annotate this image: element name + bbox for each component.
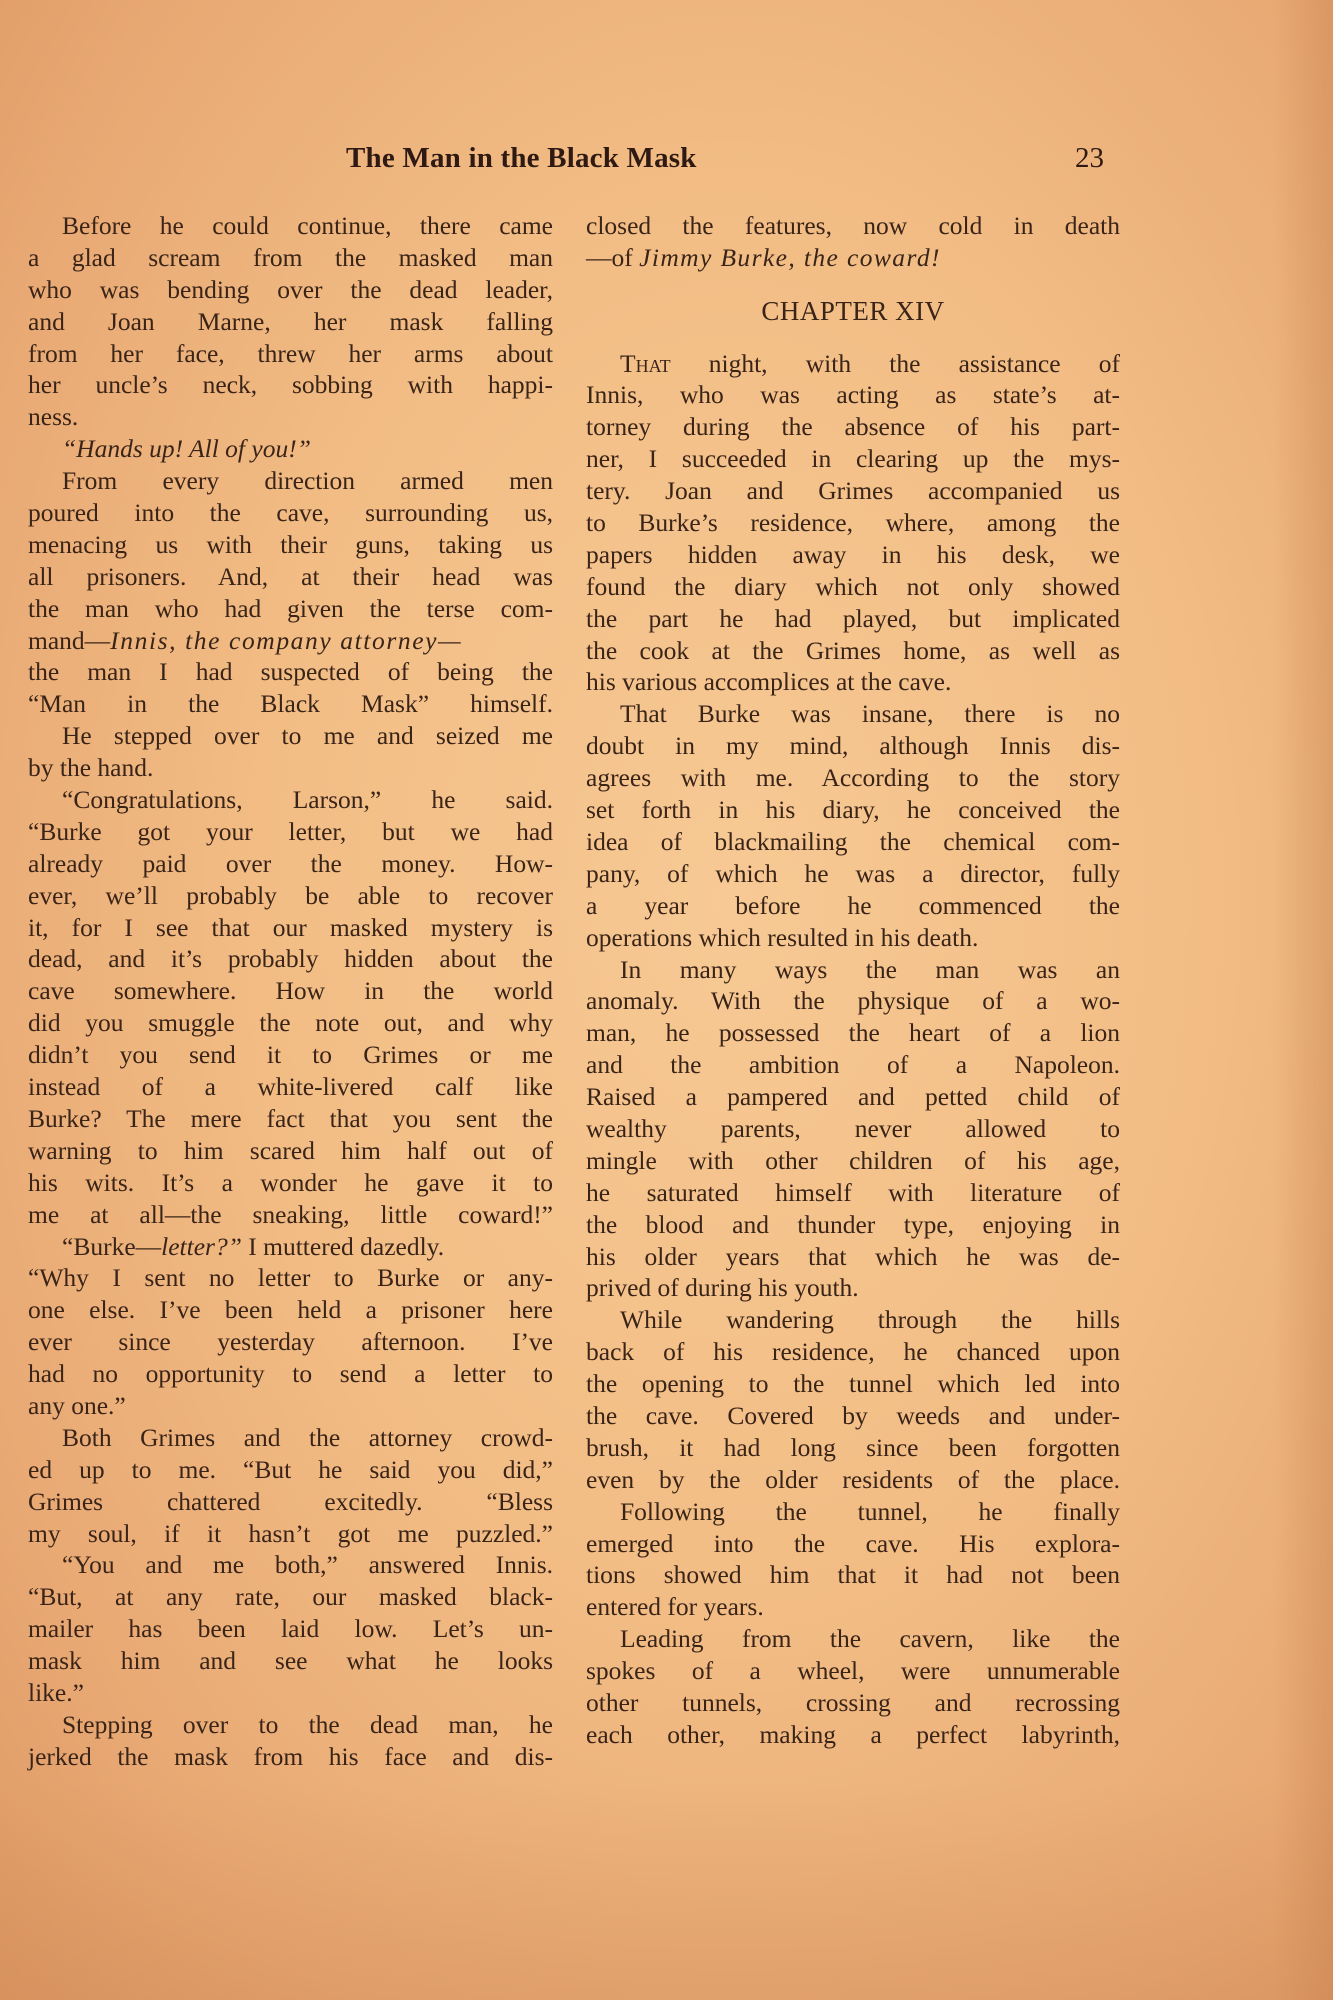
text-line: like.” bbox=[28, 1677, 553, 1709]
text-line: doubt in my mind, although Innis dis- bbox=[586, 730, 1120, 762]
text-line: any one.” bbox=[28, 1390, 553, 1422]
text-line: man, he possessed the heart of a lion bbox=[586, 1017, 1120, 1049]
text-line: He stepped over to me and seized me bbox=[28, 720, 553, 752]
text-line: tions showed him that it had not been bbox=[586, 1559, 1120, 1591]
text-line: even by the older residents of the place… bbox=[586, 1464, 1120, 1496]
text-line: one else. I’ve been held a prisoner here bbox=[28, 1294, 553, 1326]
text-run: mand— bbox=[28, 626, 110, 655]
text-line: the opening to the tunnel which led into bbox=[586, 1368, 1120, 1400]
text-line: —of Jimmy Burke, the coward! bbox=[586, 242, 1120, 274]
text-line: the blood and thunder type, enjoying in bbox=[586, 1209, 1120, 1241]
italic-run: letter?” bbox=[161, 1232, 242, 1261]
text-line: didn’t you send it to Grimes or me bbox=[28, 1039, 553, 1071]
text-line: mingle with other children of his age, bbox=[586, 1145, 1120, 1177]
text-line: instead of a white-livered calf like bbox=[28, 1071, 553, 1103]
text-line: spokes of a wheel, were unnumerable bbox=[586, 1655, 1120, 1687]
text-line: the part he had played, but implicated bbox=[586, 603, 1120, 635]
text-line: back of his residence, he chanced upon bbox=[586, 1336, 1120, 1368]
text-line: prived of during his youth. bbox=[586, 1272, 1120, 1304]
text-line: torney during the absence of his part- bbox=[586, 411, 1120, 443]
text-line: each other, making a perfect labyrinth, bbox=[586, 1719, 1120, 1751]
text-line: In many ways the man was an bbox=[586, 954, 1120, 986]
text-line: did you smuggle the note out, and why bbox=[28, 1007, 553, 1039]
italic-run: Innis, the company attorney— bbox=[110, 626, 462, 655]
text-line: That night, with the assistance of bbox=[586, 348, 1120, 380]
text-line: Following the tunnel, he finally bbox=[586, 1496, 1120, 1528]
text-line: papers hidden away in his desk, we bbox=[586, 539, 1120, 571]
text-line: and Joan Marne, her mask falling bbox=[28, 306, 553, 338]
text-line: cave somewhere. How in the world bbox=[28, 975, 553, 1007]
text-line: from her face, threw her arms about bbox=[28, 338, 553, 370]
text-line: and the ambition of a Napoleon. bbox=[586, 1049, 1120, 1081]
text-run: “Burke— bbox=[62, 1232, 161, 1261]
text-line: the man who had given the terse com- bbox=[28, 593, 553, 625]
text-run: —of bbox=[586, 243, 639, 272]
page-edge-shadow-bottom bbox=[0, 1780, 1333, 2000]
text-line: jerked the mask from his face and dis- bbox=[28, 1741, 553, 1773]
text-run: night, with the assistance of bbox=[671, 349, 1120, 378]
text-line: who was bending over the dead leader, bbox=[28, 274, 553, 306]
text-line: “You and me both,” answered Innis. bbox=[28, 1549, 553, 1581]
right-column: closed the features, now cold in death —… bbox=[586, 210, 1120, 1751]
text-line: Leading from the cavern, like the bbox=[586, 1623, 1120, 1655]
text-line: Stepping over to the dead man, he bbox=[28, 1709, 553, 1741]
text-line: “Hands up! All of you!” bbox=[28, 433, 553, 465]
text-line: he saturated himself with literature of bbox=[586, 1177, 1120, 1209]
text-line: had no opportunity to send a letter to bbox=[28, 1358, 553, 1390]
text-line: found the diary which not only showed bbox=[586, 571, 1120, 603]
text-line: ed up to me. “But he said you did,” bbox=[28, 1454, 553, 1486]
text-line: mask him and see what he looks bbox=[28, 1645, 553, 1677]
text-line: From every direction armed men bbox=[28, 465, 553, 497]
page-edge-shadow-right bbox=[1273, 0, 1333, 2000]
text-line: me at all—the sneaking, little coward!” bbox=[28, 1199, 553, 1231]
text-line: brush, it had long since been forgotten bbox=[586, 1432, 1120, 1464]
text-line: ner, I succeeded in clearing up the mys- bbox=[586, 443, 1120, 475]
text-line: Grimes chattered excitedly. “Bless bbox=[28, 1486, 553, 1518]
text-line: anomaly. With the physique of a wo- bbox=[586, 985, 1120, 1017]
text-line: “But, at any rate, our masked black- bbox=[28, 1581, 553, 1613]
text-line: by the hand. bbox=[28, 752, 553, 784]
text-line: it, for I see that our masked mystery is bbox=[28, 912, 553, 944]
page-number: 23 bbox=[1075, 142, 1104, 175]
text-line: idea of blackmailing the chemical com- bbox=[586, 826, 1120, 858]
text-line: the man I had suspected of being the bbox=[28, 656, 553, 688]
text-line: “Burke—letter?” I muttered dazedly. bbox=[28, 1231, 553, 1263]
text-line: his various accomplices at the cave. bbox=[586, 666, 1120, 698]
text-line: the cook at the Grimes home, as well as bbox=[586, 635, 1120, 667]
text-line: “Man in the Black Mask” himself. bbox=[28, 688, 553, 720]
text-line: emerged into the cave. His explora- bbox=[586, 1528, 1120, 1560]
text-line: tery. Joan and Grimes accompanied us bbox=[586, 475, 1120, 507]
text-line: While wandering through the hills bbox=[586, 1304, 1120, 1336]
text-line: ever since yesterday afternoon. I’ve bbox=[28, 1326, 553, 1358]
text-line: the cave. Covered by weeds and under- bbox=[586, 1400, 1120, 1432]
text-line: already paid over the money. How- bbox=[28, 848, 553, 880]
text-line: my soul, if it hasn’t got me puzzled.” bbox=[28, 1518, 553, 1550]
text-line: “Burke got your letter, but we had bbox=[28, 816, 553, 848]
text-line: closed the features, now cold in death bbox=[586, 210, 1120, 242]
text-line: set forth in his diary, he conceived the bbox=[586, 794, 1120, 826]
text-line: mailer has been laid low. Let’s un- bbox=[28, 1613, 553, 1645]
text-line: all prisoners. And, at their head was bbox=[28, 561, 553, 593]
smallcaps-run: That bbox=[620, 349, 671, 378]
running-head: The Man in the Black Mask 23 bbox=[0, 142, 1333, 182]
left-column: Before he could continue, there came a g… bbox=[28, 210, 553, 1773]
text-line: entered for years. bbox=[586, 1591, 1120, 1623]
text-run: I muttered dazedly. bbox=[242, 1232, 444, 1261]
text-line: wealthy parents, never allowed to bbox=[586, 1113, 1120, 1145]
running-title: The Man in the Black Mask bbox=[346, 142, 697, 175]
text-line: poured into the cave, surrounding us, bbox=[28, 497, 553, 529]
italic-run: Jimmy Burke, the coward! bbox=[639, 243, 941, 272]
text-line: dead, and it’s probably hidden about the bbox=[28, 943, 553, 975]
text-line: Innis, who was acting as state’s at- bbox=[586, 379, 1120, 411]
text-line: Raised a pampered and petted child of bbox=[586, 1081, 1120, 1113]
text-line: agrees with me. According to the story bbox=[586, 762, 1120, 794]
text-line: menacing us with their guns, taking us bbox=[28, 529, 553, 561]
text-line: Both Grimes and the attorney crowd- bbox=[28, 1422, 553, 1454]
text-line: a year before he commenced the bbox=[586, 890, 1120, 922]
text-line: Burke? The mere fact that you sent the bbox=[28, 1103, 553, 1135]
text-line: operations which resulted in his death. bbox=[586, 922, 1120, 954]
text-line: his older years that which he was de- bbox=[586, 1241, 1120, 1273]
text-line: his wits. It’s a wonder he gave it to bbox=[28, 1167, 553, 1199]
text-line: a glad scream from the masked man bbox=[28, 242, 553, 274]
text-line: mand—Innis, the company attorney— bbox=[28, 625, 553, 657]
text-line: That Burke was insane, there is no bbox=[586, 698, 1120, 730]
text-line: other tunnels, crossing and recrossing bbox=[586, 1687, 1120, 1719]
text-line: ness. bbox=[28, 401, 553, 433]
text-line: “Why I sent no letter to Burke or any- bbox=[28, 1262, 553, 1294]
text-line: pany, of which he was a director, fully bbox=[586, 858, 1120, 890]
text-line: warning to him scared him half out of bbox=[28, 1135, 553, 1167]
text-line: Before he could continue, there came bbox=[28, 210, 553, 242]
text-line: ever, we’ll probably be able to recover bbox=[28, 880, 553, 912]
text-line: “Congratulations, Larson,” he said. bbox=[28, 784, 553, 816]
text-line: to Burke’s residence, where, among the bbox=[586, 507, 1120, 539]
text-line: her uncle’s neck, sobbing with happi- bbox=[28, 369, 553, 401]
chapter-heading: CHAPTER XIV bbox=[586, 280, 1120, 344]
